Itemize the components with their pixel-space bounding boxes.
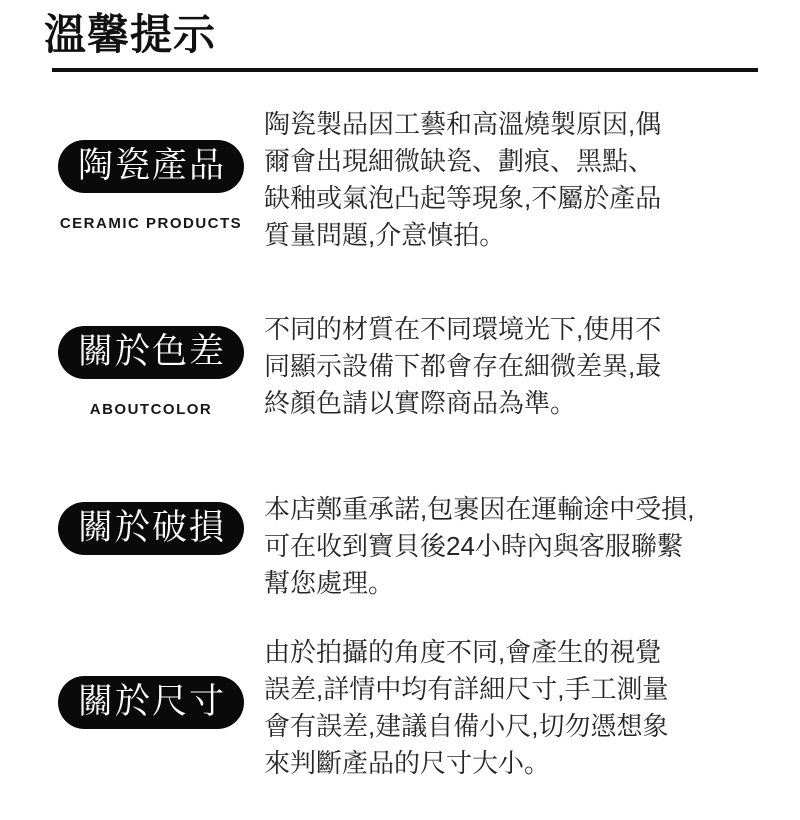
badge-subtitle-about-color: ABOUTCOLOR: [51, 401, 251, 418]
badge-about-damage: 關於破損: [58, 502, 244, 555]
title-underline: [52, 68, 758, 72]
color-note-text: 不同的材質在不同環境光下,使用不 同顯示設備下都會存在細微差異,最 終顏色請以實…: [264, 311, 764, 422]
page-title: 溫馨提示: [44, 13, 216, 57]
badge-about-color: 關於色差: [58, 326, 244, 379]
badge-about-size: 關於尺寸: [58, 676, 244, 729]
warm-tips-panel: 溫馨提示 陶瓷產品 CERAMIC PRODUCTS 陶瓷製品因工藝和高溫燒製原…: [0, 0, 800, 820]
badge-ceramic-products: 陶瓷產品: [58, 140, 244, 193]
badge-subtitle-ceramic-products: CERAMIC PRODUCTS: [51, 215, 251, 232]
section-color-label-column: 關於色差 ABOUTCOLOR: [51, 326, 251, 418]
section-size-label-column: 關於尺寸: [51, 676, 251, 729]
size-note-text: 由於拍攝的角度不同,會產生的視覺 誤差,詳情中均有詳細尺寸,手工測量 會有誤差,…: [264, 634, 764, 782]
damage-note-text: 本店鄭重承諾,包裹因在運輸途中受損, 可在收到寶貝後24小時內與客服聯繫 幫您處…: [264, 491, 764, 602]
section-damage-label-column: 關於破損: [51, 502, 251, 555]
section-ceramic-label-column: 陶瓷產品 CERAMIC PRODUCTS: [51, 140, 251, 232]
ceramic-note-text: 陶瓷製品因工藝和高溫燒製原因,偶 爾會出現細微缺瓷、劃痕、黑點、 缺釉或氣泡凸起…: [264, 106, 764, 254]
